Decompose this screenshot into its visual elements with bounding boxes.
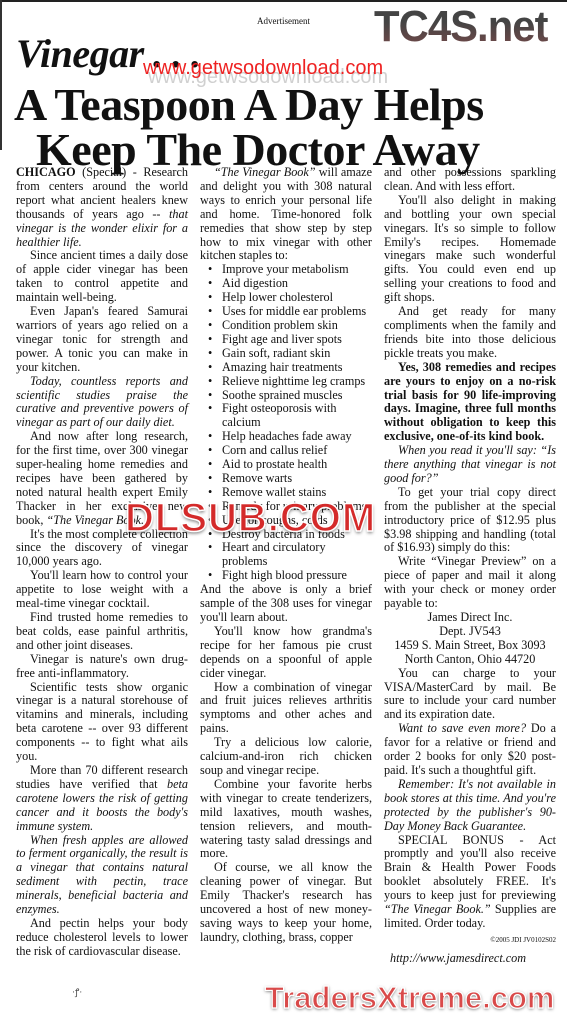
column-2: “The Vinegar Book” will amaze and deligh…	[200, 166, 372, 966]
list-item: Fight age and liver spots	[208, 333, 372, 347]
paragraph: When fresh apples are allowed to ferment…	[16, 834, 188, 917]
offer-paragraph: Yes, 308 remedies and recipes are yours …	[384, 361, 556, 444]
list-item: Fight osteoporosis with calcium	[208, 402, 372, 430]
paragraph: When you read it you'll say: “Is there a…	[384, 444, 556, 486]
paragraph: How a combination of vinegar and fruit j…	[200, 681, 372, 737]
column-3: and other possessions sparkling clean. A…	[384, 166, 556, 966]
address-line: 1459 S. Main Street, Box 3093	[384, 639, 556, 653]
list-item: Remove warts	[208, 472, 372, 486]
paragraph: and other possessions sparkling clean. A…	[384, 166, 556, 194]
watermark-url: www.getwsodownload.com	[143, 57, 383, 80]
paragraph: More than 70 different research studies …	[16, 764, 188, 834]
list-item: Fight high blood pressure	[208, 569, 372, 583]
paragraph: You'll also delight in making and bottli…	[384, 194, 556, 305]
paragraph: Scientific tests show organic vinegar is…	[16, 681, 188, 764]
bonus-paragraph: SPECIAL BONUS - Act promptly and you'll …	[384, 834, 556, 931]
paragraph: CHICAGO (Special) - Research from center…	[16, 166, 188, 249]
list-item: Aid to prostate health	[208, 458, 372, 472]
paragraph: Write “Vinegar Preview” on a piece of pa…	[384, 555, 556, 611]
list-item: Amazing hair treatments	[208, 361, 372, 375]
list-item: Gain soft, radiant skin	[208, 347, 372, 361]
page-mark: ·ꝭ·	[72, 985, 82, 998]
paragraph: Try a delicious low calorie, calcium-and…	[200, 736, 372, 778]
list-item: Condition problem skin	[208, 319, 372, 333]
pricing-paragraph: To get your trial copy direct from the p…	[384, 486, 556, 556]
paragraph: And pectin helps your body reduce choles…	[16, 917, 188, 959]
paragraph: You'll know how grandma's recipe for her…	[200, 625, 372, 681]
address-line: North Canton, Ohio 44720	[384, 653, 556, 667]
watermark-dlsub: DLSUB.COM	[125, 496, 376, 541]
paragraph: You'll learn how to control your appetit…	[16, 569, 188, 611]
list-item: Aid digestion	[208, 277, 372, 291]
address-line: Dept. JV543	[384, 625, 556, 639]
dateline: CHICAGO	[16, 165, 76, 179]
watermark-tc4s: TC4S.net	[374, 2, 548, 52]
guarantee-paragraph: Remember: It's not available in book sto…	[384, 778, 556, 834]
list-item: Improve your metabolism	[208, 263, 372, 277]
article-body: CHICAGO (Special) - Research from center…	[16, 166, 556, 966]
paragraph: Of course, we all know the cleaning powe…	[200, 861, 372, 944]
paragraph: You can charge to your VISA/MasterCard b…	[384, 667, 556, 723]
list-item: Uses for middle ear problems	[208, 305, 372, 319]
paragraph: Combine your favorite herbs with vinegar…	[200, 778, 372, 861]
paragraph: Vinegar is nature's own drug-free anti-i…	[16, 653, 188, 681]
list-item: Corn and callus relief	[208, 444, 372, 458]
paragraph: And the above is only a brief sample of …	[200, 583, 372, 625]
paragraph: Since ancient times a daily dose of appl…	[16, 249, 188, 305]
list-item: Soothe sprained muscles	[208, 389, 372, 403]
website-link[interactable]: http://www.jamesdirect.com	[384, 952, 556, 966]
list-item: Relieve nighttime leg cramps	[208, 375, 372, 389]
paragraph: Want to save even more? Do a favor for a…	[384, 722, 556, 778]
list-item: Heart and circulatory problems	[208, 541, 372, 569]
column-1: CHICAGO (Special) - Research from center…	[16, 166, 188, 966]
paragraph: Find trusted home remedies to beat colds…	[16, 611, 188, 653]
paragraph: And get ready for many compliments when …	[384, 305, 556, 361]
address-line: James Direct Inc.	[384, 611, 556, 625]
copyright-code: ©2005 JDI JV0102S02	[384, 934, 556, 948]
watermark-tradersxtreme: TradersXtreme.com	[265, 980, 554, 1016]
paragraph: Today, countless reports and scientific …	[16, 375, 188, 431]
paragraph: “The Vinegar Book” will amaze and deligh…	[200, 166, 372, 263]
paragraph: Even Japan's feared Samurai warriors of …	[16, 305, 188, 375]
list-item: Help headaches fade away	[208, 430, 372, 444]
list-item: Help lower cholesterol	[208, 291, 372, 305]
